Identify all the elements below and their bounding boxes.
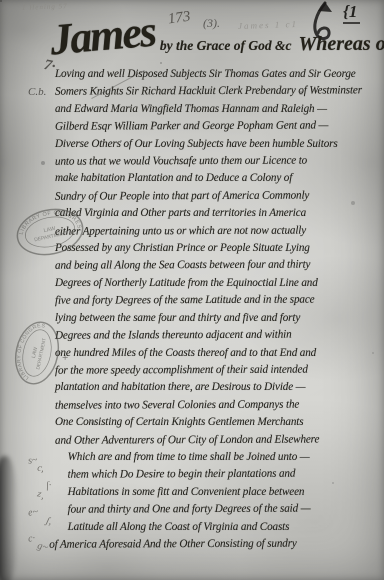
manuscript-line: Gilberd Esqr William Parker and George P…: [55, 118, 371, 137]
manuscript-line: One Consisting of Certain Knights Gentle…: [55, 414, 371, 431]
manuscript-body: Loving and well Disposed Subjects Sir Th…: [55, 66, 371, 553]
manuscript-line: Loving and well Disposed Subjects Sir Th…: [55, 66, 371, 83]
manuscript-line: called Virginia and Other parts and terr…: [55, 205, 371, 222]
manuscript-line: five and forty Degrees of the same Latit…: [55, 292, 371, 311]
manuscript-line: Degrees and the Islands thereunto adjace…: [55, 326, 371, 345]
manuscript-line: for the more speedy accomplishment of th…: [55, 361, 371, 380]
manuscript-line: Somers Knights Sir Richard Hackluit Cler…: [55, 83, 371, 102]
manuscript-line: unto us that we would Vouchsafe unto the…: [55, 152, 371, 171]
manuscript-line: either Appertaining unto us or which are…: [55, 222, 371, 241]
manuscript-line: Degrees of Northerly Latitude from the E…: [55, 275, 371, 292]
manuscript-line: Diverse Others of Our Loving Subjects ha…: [55, 136, 371, 153]
manuscript-line: and Other Adventurers of Our City of Lon…: [55, 431, 371, 450]
manuscript-line: Possessed by any Christian Prince or Peo…: [55, 240, 371, 257]
scanned-page: 1 Hening 57 173 (3). James 1 c1 {1 James…: [0, 0, 384, 580]
manuscript-line: of America Aforesaid And the Other Consi…: [49, 535, 371, 554]
manuscript-line: themselves into two Several Colonies and…: [55, 396, 371, 415]
ink-speckles: [0, 0, 2, 2]
manuscript-line: them which Do Desire to begin their plan…: [68, 466, 372, 485]
manuscript-line: Habitations in some fitt and Convenient …: [68, 484, 372, 501]
manuscript-line: and Edward Maria Wingfield Thomas Hannam…: [55, 101, 371, 118]
margin-mark-plus: +: [62, 352, 68, 364]
title-initial-word: James: [48, 6, 157, 66]
manuscript-line: lying between the same four and thirty a…: [55, 310, 371, 327]
title-rest: by the Grace of God &c: [160, 38, 292, 53]
manuscript-line: make habitation Plantation and to Deduce…: [55, 170, 371, 187]
manuscript-line: four and thirty and One and forty Degree…: [68, 500, 372, 519]
manuscript-line: Latitude all Along the Coast of Virginia…: [68, 519, 372, 536]
manuscript-line: plantation and habitation there, are Des…: [55, 379, 371, 396]
title-emphasis: Whereas our: [298, 33, 384, 55]
manuscript-line: Which are and from time to time shall be…: [68, 449, 372, 466]
manuscript-line: and being all Along the Sea Coasts betwe…: [55, 257, 371, 276]
manuscript-line: Sundry of Our People into that part of A…: [55, 187, 371, 206]
margin-mark-cb: C.b.: [28, 86, 46, 98]
margin-scribbles: s~c,ſ·z¸e~ʃ,c·g~: [28, 452, 68, 556]
manuscript-line: one hundred Miles of the Coasts thereof …: [55, 345, 371, 362]
title-line: Jamesby the Grace of God &cWhereas our: [50, 10, 384, 61]
